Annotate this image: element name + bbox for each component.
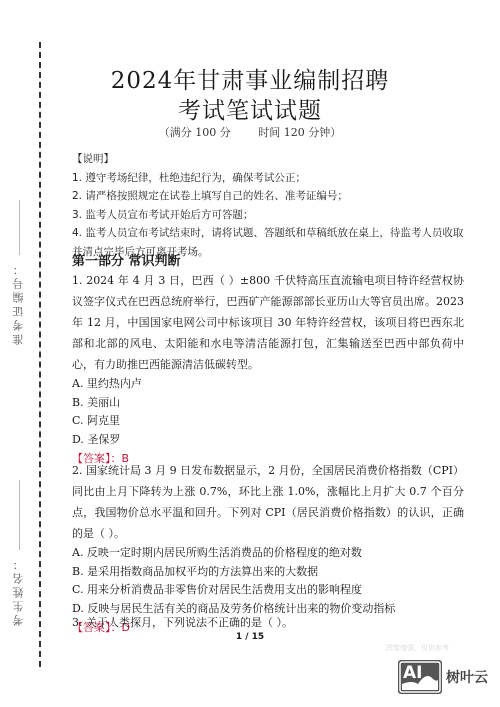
question-option: D. 圣保罗 xyxy=(72,431,464,450)
question-option: C. 阿克里 xyxy=(72,412,464,431)
section-title: 第一部分 常识判断 xyxy=(72,250,181,269)
exam-meta: （满分 100 分 时间 120 分钟） xyxy=(0,124,500,140)
exam-id-underline xyxy=(19,200,20,255)
question-option: C. 用来分析消费品非零售价对居民生活费用支出的影响程度 xyxy=(72,581,464,600)
exam-time: 时间 120 分钟） xyxy=(258,126,341,139)
watermark-text: 图像增强，仅供参考 xyxy=(386,643,449,653)
full-score: （满分 100 分 xyxy=(159,126,231,139)
name-label: 考生姓名： xyxy=(11,556,27,626)
instruction-item: 2. 请严格按照规定在试卷上填写自己的姓名、准考证编号； xyxy=(72,187,464,206)
exam-id-field: 准考证编号： xyxy=(8,200,30,345)
watermark-logo: AI 树叶云 xyxy=(398,660,488,694)
document-title-line1: 2024年甘肃事业编制招聘 xyxy=(0,62,500,95)
question-option: A. 反映一定时期内居民所购生活消费品的价格程度的绝对数 xyxy=(72,544,464,563)
question-option: B. 美丽山 xyxy=(72,394,464,413)
question-stem: 1. 2024 年 4 月 3 日，巴西（ ）±800 千伏特高压直流输电项目特… xyxy=(72,270,464,375)
name-underline xyxy=(19,480,20,550)
question-stem: 2. 国家统计局 3 月 9 日发布数据显示，2 月份，全国居民消费价格指数（C… xyxy=(72,460,464,544)
question-option: A. 里约热内卢 xyxy=(72,375,464,394)
name-field: 考生姓名： xyxy=(8,480,30,626)
question-3: 3. 关于人类探月，下列说法不正确的是（ ）。 xyxy=(72,612,464,633)
exam-id-label: 准考证编号： xyxy=(11,261,27,345)
instruction-item: 3. 监考人员宣布考试开始后方可答题； xyxy=(72,206,464,225)
page-number: 1 / 15 xyxy=(0,632,500,642)
instruction-item: 1. 遵守考场纪律，杜绝违纪行为，确保考试公正； xyxy=(72,169,464,188)
question-1: 1. 2024 年 4 月 3 日，巴西（ ）±800 千伏特高压直流输电项目特… xyxy=(72,270,464,469)
instructions: 【说明】 1. 遵守考场纪律，杜绝违纪行为，确保考试公正； 2. 请严格按照规定… xyxy=(72,150,464,261)
instructions-heading: 【说明】 xyxy=(72,150,464,169)
ai-image-icon: AI xyxy=(398,660,442,694)
question-option: B. 是采用指数商品加权平均的方法算出来的大数据 xyxy=(72,563,464,582)
document-title-line2: 考试笔试试题 xyxy=(0,92,500,125)
question-stem: 3. 关于人类探月，下列说法不正确的是（ ）。 xyxy=(72,612,464,633)
logo-text: 树叶云 xyxy=(446,667,488,687)
